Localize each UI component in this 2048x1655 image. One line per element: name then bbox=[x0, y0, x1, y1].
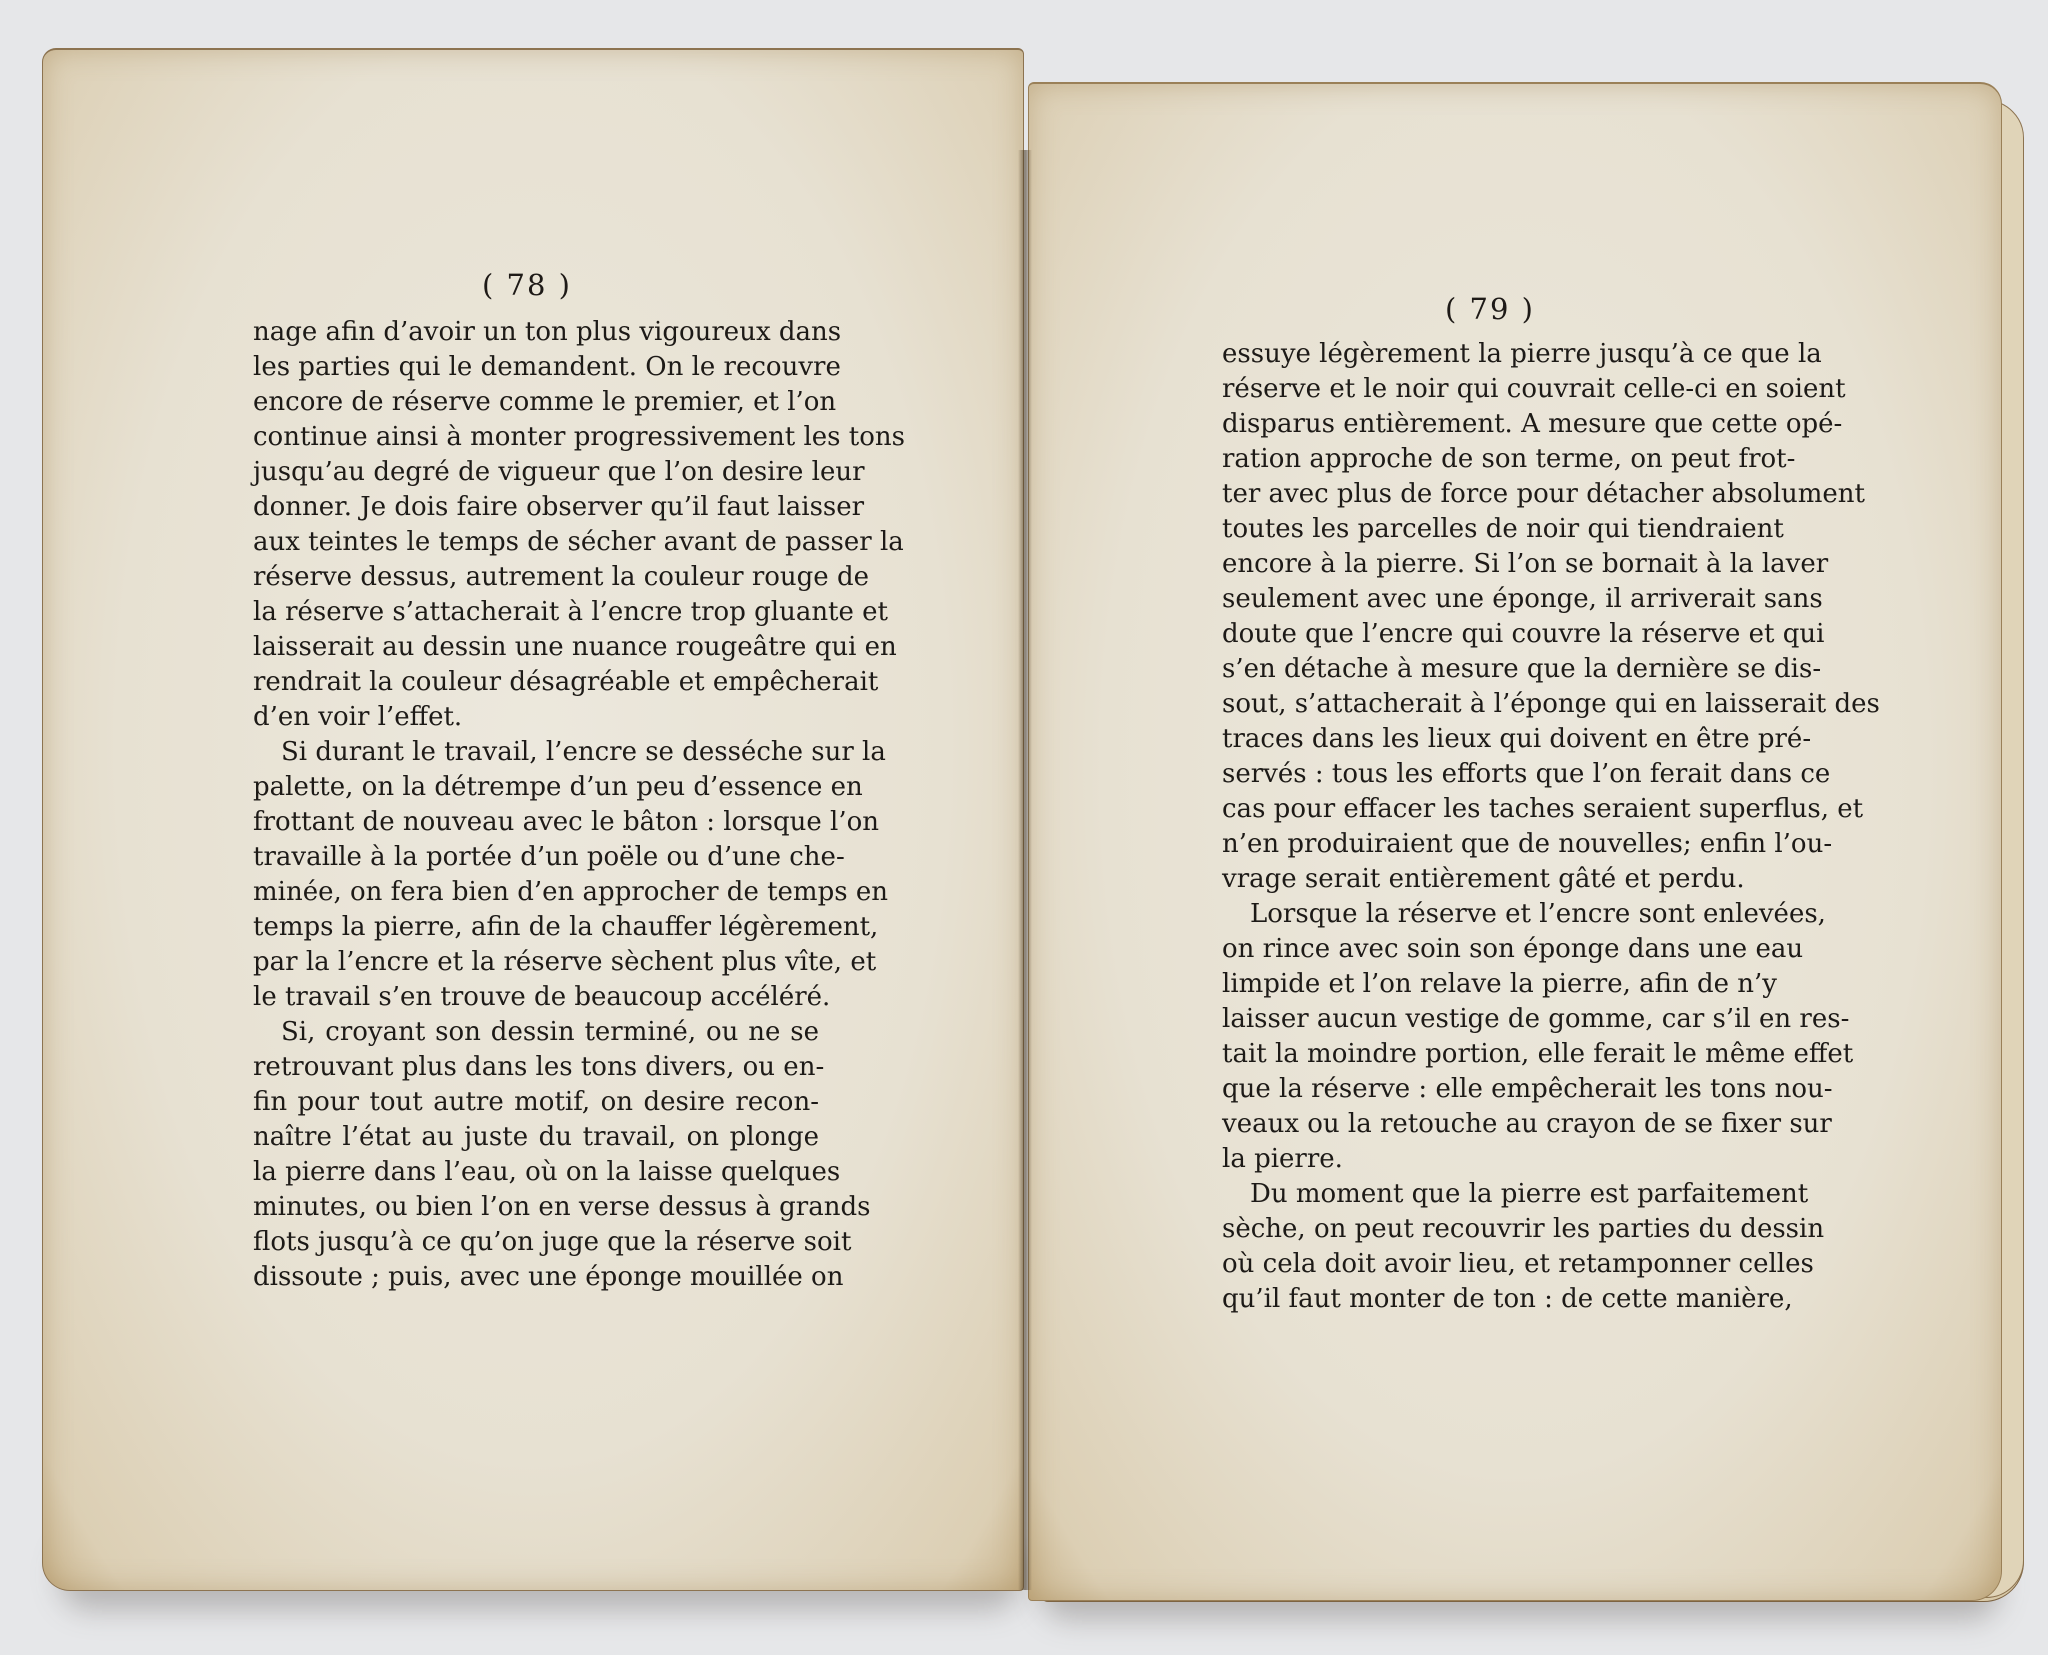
text-line: naître l’état au juste du travail, on pl… bbox=[253, 1120, 819, 1155]
text-line: veaux ou la retouche au crayon de se fix… bbox=[1222, 1107, 1777, 1142]
text-line: servés : tous les efforts que l’on ferai… bbox=[1222, 757, 1777, 792]
text-line: ter avec plus de force pour détacher abs… bbox=[1222, 477, 1777, 512]
text-line: retrouvant plus dans les tons divers, ou… bbox=[253, 1050, 819, 1085]
text-line: frottant de nouveau avec le bâton : lors… bbox=[253, 805, 819, 840]
text-line: palette, on la détrempe d’un peu d’essen… bbox=[253, 770, 819, 805]
text-line: flots jusqu’à ce qu’on juge que la réser… bbox=[253, 1225, 819, 1260]
text-line: d’en voir l’effet. bbox=[253, 700, 819, 735]
text-line: qu’il faut monter de ton : de cette mani… bbox=[1222, 1282, 1777, 1317]
text-line: temps la pierre, afin de la chauffer lég… bbox=[253, 910, 819, 945]
text-line: la pierre. bbox=[1222, 1142, 1777, 1177]
text-line: sèche, on peut recouvrir les parties du … bbox=[1222, 1212, 1777, 1247]
text-line: laisser aucun vestige de gomme, car s’il… bbox=[1222, 1002, 1777, 1037]
text-line: encore à la pierre. Si l’on se bornait à… bbox=[1222, 547, 1777, 582]
text-line: n’en produiraient que de nouvelles; enfi… bbox=[1222, 827, 1777, 862]
text-line: laisserait au dessin une nuance rougeâtr… bbox=[253, 630, 819, 665]
text-line: nage afin d’avoir un ton plus vigoureux … bbox=[253, 315, 819, 350]
text-line: cas pour effacer les taches seraient sup… bbox=[1222, 792, 1777, 827]
text-line: continue ainsi à monter progressivement … bbox=[253, 420, 819, 455]
text-line: minée, on fera bien d’en approcher de te… bbox=[253, 875, 819, 910]
text-line: Si, croyant son dessin terminé, ou ne se bbox=[253, 1015, 819, 1050]
text-line: limpide et l’on relave la pierre, afin d… bbox=[1222, 967, 1777, 1002]
text-line: dissoute ; puis, avec une éponge mouillé… bbox=[253, 1260, 819, 1295]
text-line: fin pour tout autre motif, on desire rec… bbox=[253, 1085, 819, 1120]
text-line: seulement avec une éponge, il arriverait… bbox=[1222, 582, 1777, 617]
text-line: sout, s’attacherait à l’éponge qui en la… bbox=[1222, 687, 1777, 722]
text-line: par la l’encre et la réserve sèchent plu… bbox=[253, 945, 819, 980]
text-line: réserve dessus, autrement la couleur rou… bbox=[253, 560, 819, 595]
text-line: aux teintes le temps de sécher avant de … bbox=[253, 525, 819, 560]
text-line: rendrait la couleur désagréable et empêc… bbox=[253, 665, 819, 700]
text-line: le travail s’en trouve de beaucoup accél… bbox=[253, 980, 819, 1015]
book-gutter bbox=[1018, 150, 1032, 1590]
text-line: minutes, ou bien l’on en verse dessus à … bbox=[253, 1190, 819, 1225]
text-line: toutes les parcelles de noir qui tiendra… bbox=[1222, 512, 1777, 547]
text-line: doute que l’encre qui couvre la réserve … bbox=[1222, 617, 1777, 652]
text-line: réserve et le noir qui couvrait celle-ci… bbox=[1222, 372, 1777, 407]
text-line: Si durant le travail, l’encre se desséch… bbox=[253, 735, 819, 770]
text-line: s’en détache à mesure que la dernière se… bbox=[1222, 652, 1777, 687]
text-line: la réserve s’attacherait à l’encre trop … bbox=[253, 595, 819, 630]
text-line: jusqu’au degré de vigueur que l’on desir… bbox=[253, 455, 819, 490]
text-line: on rince avec soin son éponge dans une e… bbox=[1222, 932, 1777, 967]
text-line: que la réserve : elle empêcherait les to… bbox=[1222, 1072, 1777, 1107]
text-line: essuye légèrement la pierre jusqu’à ce q… bbox=[1222, 337, 1777, 372]
text-line: disparus entièrement. A mesure que cette… bbox=[1222, 407, 1777, 442]
right-page-text: essuye légèrement la pierre jusqu’à ce q… bbox=[1222, 337, 1777, 1317]
text-line: les parties qui le demandent. On le reco… bbox=[253, 350, 819, 385]
text-line: Lorsque la réserve et l’encre sont enlev… bbox=[1222, 897, 1777, 932]
page-number-right: ( 79 ) bbox=[1445, 292, 1535, 326]
text-line: donner. Je dois faire observer qu’il fau… bbox=[253, 490, 819, 525]
text-line: vrage serait entièrement gâté et perdu. bbox=[1222, 862, 1777, 897]
text-line: où cela doit avoir lieu, et retamponner … bbox=[1222, 1247, 1777, 1282]
left-page-text: nage afin d’avoir un ton plus vigoureux … bbox=[253, 315, 819, 1295]
text-line: encore de réserve comme le premier, et l… bbox=[253, 385, 819, 420]
page-number-left: ( 78 ) bbox=[482, 268, 572, 302]
text-line: travaille à la portée d’un poële ou d’un… bbox=[253, 840, 819, 875]
text-line: Du moment que la pierre est parfaitement bbox=[1222, 1177, 1777, 1212]
text-line: traces dans les lieux qui doivent en êtr… bbox=[1222, 722, 1777, 757]
text-line: ration approche de son terme, on peut fr… bbox=[1222, 442, 1777, 477]
text-line: la pierre dans l’eau, où on la laisse qu… bbox=[253, 1155, 819, 1190]
text-line: tait la moindre portion, elle ferait le … bbox=[1222, 1037, 1777, 1072]
